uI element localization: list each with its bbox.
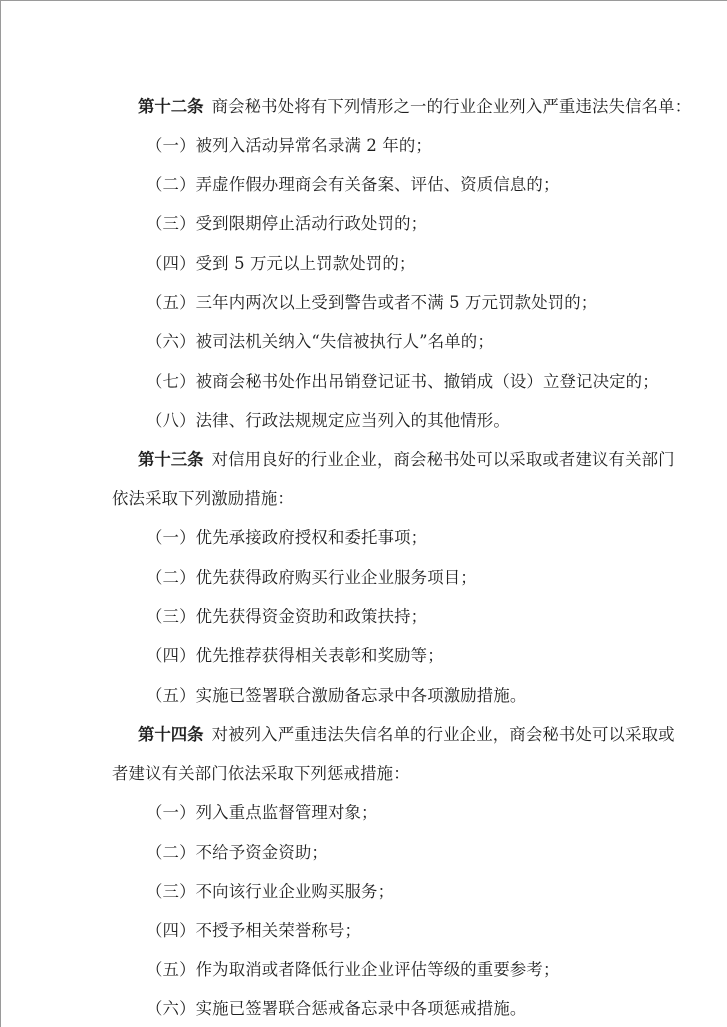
list-item: （一）优先承接政府授权和委托事项；	[146, 528, 427, 548]
article-heading: 第十三条	[138, 450, 204, 469]
article-text-continuation: 依法采取下列激励措施：	[112, 489, 294, 509]
list-item: （三）不向该行业企业购买服务；	[146, 882, 394, 902]
article-text: 商会秘书处将有下列情形之一的行业企业列入严重违法失信名单：	[212, 97, 692, 116]
list-item: （三）受到限期停止活动行政处罚的；	[146, 214, 427, 234]
list-item: （四）不授予相关荣誉称号；	[146, 921, 361, 941]
list-item: （二）不给予资金资助；	[146, 843, 328, 863]
article-heading: 第十二条	[138, 97, 204, 116]
list-item: （七）被商会秘书处作出吊销登记证书、撤销成（设）立登记决定的；	[146, 372, 659, 392]
article-text: 对被列入严重违法失信名单的行业企业，商会秘书处可以采取或	[212, 725, 675, 744]
article-text: 对信用良好的行业企业，商会秘书处可以采取或者建议有关部门	[212, 450, 675, 469]
list-item: （五）三年内两次以上受到警告或者不满 5 万元罚款处罚的；	[146, 293, 597, 313]
list-item: （一）列入重点监督管理对象；	[146, 803, 378, 823]
list-item: （四）优先推荐获得相关表彰和奖励等；	[146, 646, 444, 666]
document-page: 第十二条商会秘书处将有下列情形之一的行业企业列入严重违法失信名单： （一）被列入…	[0, 0, 727, 1027]
list-item: （六）实施已签署联合惩戒备忘录中各项惩戒措施。	[146, 999, 526, 1019]
list-item: （五）实施已签署联合激励备忘录中各项激励措施。	[146, 686, 526, 706]
article-heading: 第十四条	[138, 725, 204, 744]
list-item: （二）弄虚作假办理商会有关备案、评估、资质信息的；	[146, 175, 560, 195]
list-item: （一）被列入活动异常名录满 2 年的；	[146, 136, 432, 156]
article-14-heading-line: 第十四条对被列入严重违法失信名单的行业企业，商会秘书处可以采取或	[138, 725, 675, 745]
list-item: （八）法律、行政法规规定应当列入的其他情形。	[146, 411, 510, 431]
list-item: （三）优先获得资金资助和政策扶持；	[146, 607, 427, 627]
list-item: （四）受到 5 万元以上罚款处罚的；	[146, 254, 415, 274]
list-item: （五）作为取消或者降低行业企业评估等级的重要参考；	[146, 960, 560, 980]
list-item: （六）被司法机关纳入“失信被执行人”名单的；	[146, 332, 494, 352]
list-item: （二）优先获得政府购买行业企业服务项目；	[146, 568, 477, 588]
article-12-heading-line: 第十二条商会秘书处将有下列情形之一的行业企业列入严重违法失信名单：	[138, 97, 691, 117]
article-text-continuation: 者建议有关部门依法采取下列惩戒措施：	[112, 764, 410, 784]
article-13-heading-line: 第十三条对信用良好的行业企业，商会秘书处可以采取或者建议有关部门	[138, 450, 675, 470]
